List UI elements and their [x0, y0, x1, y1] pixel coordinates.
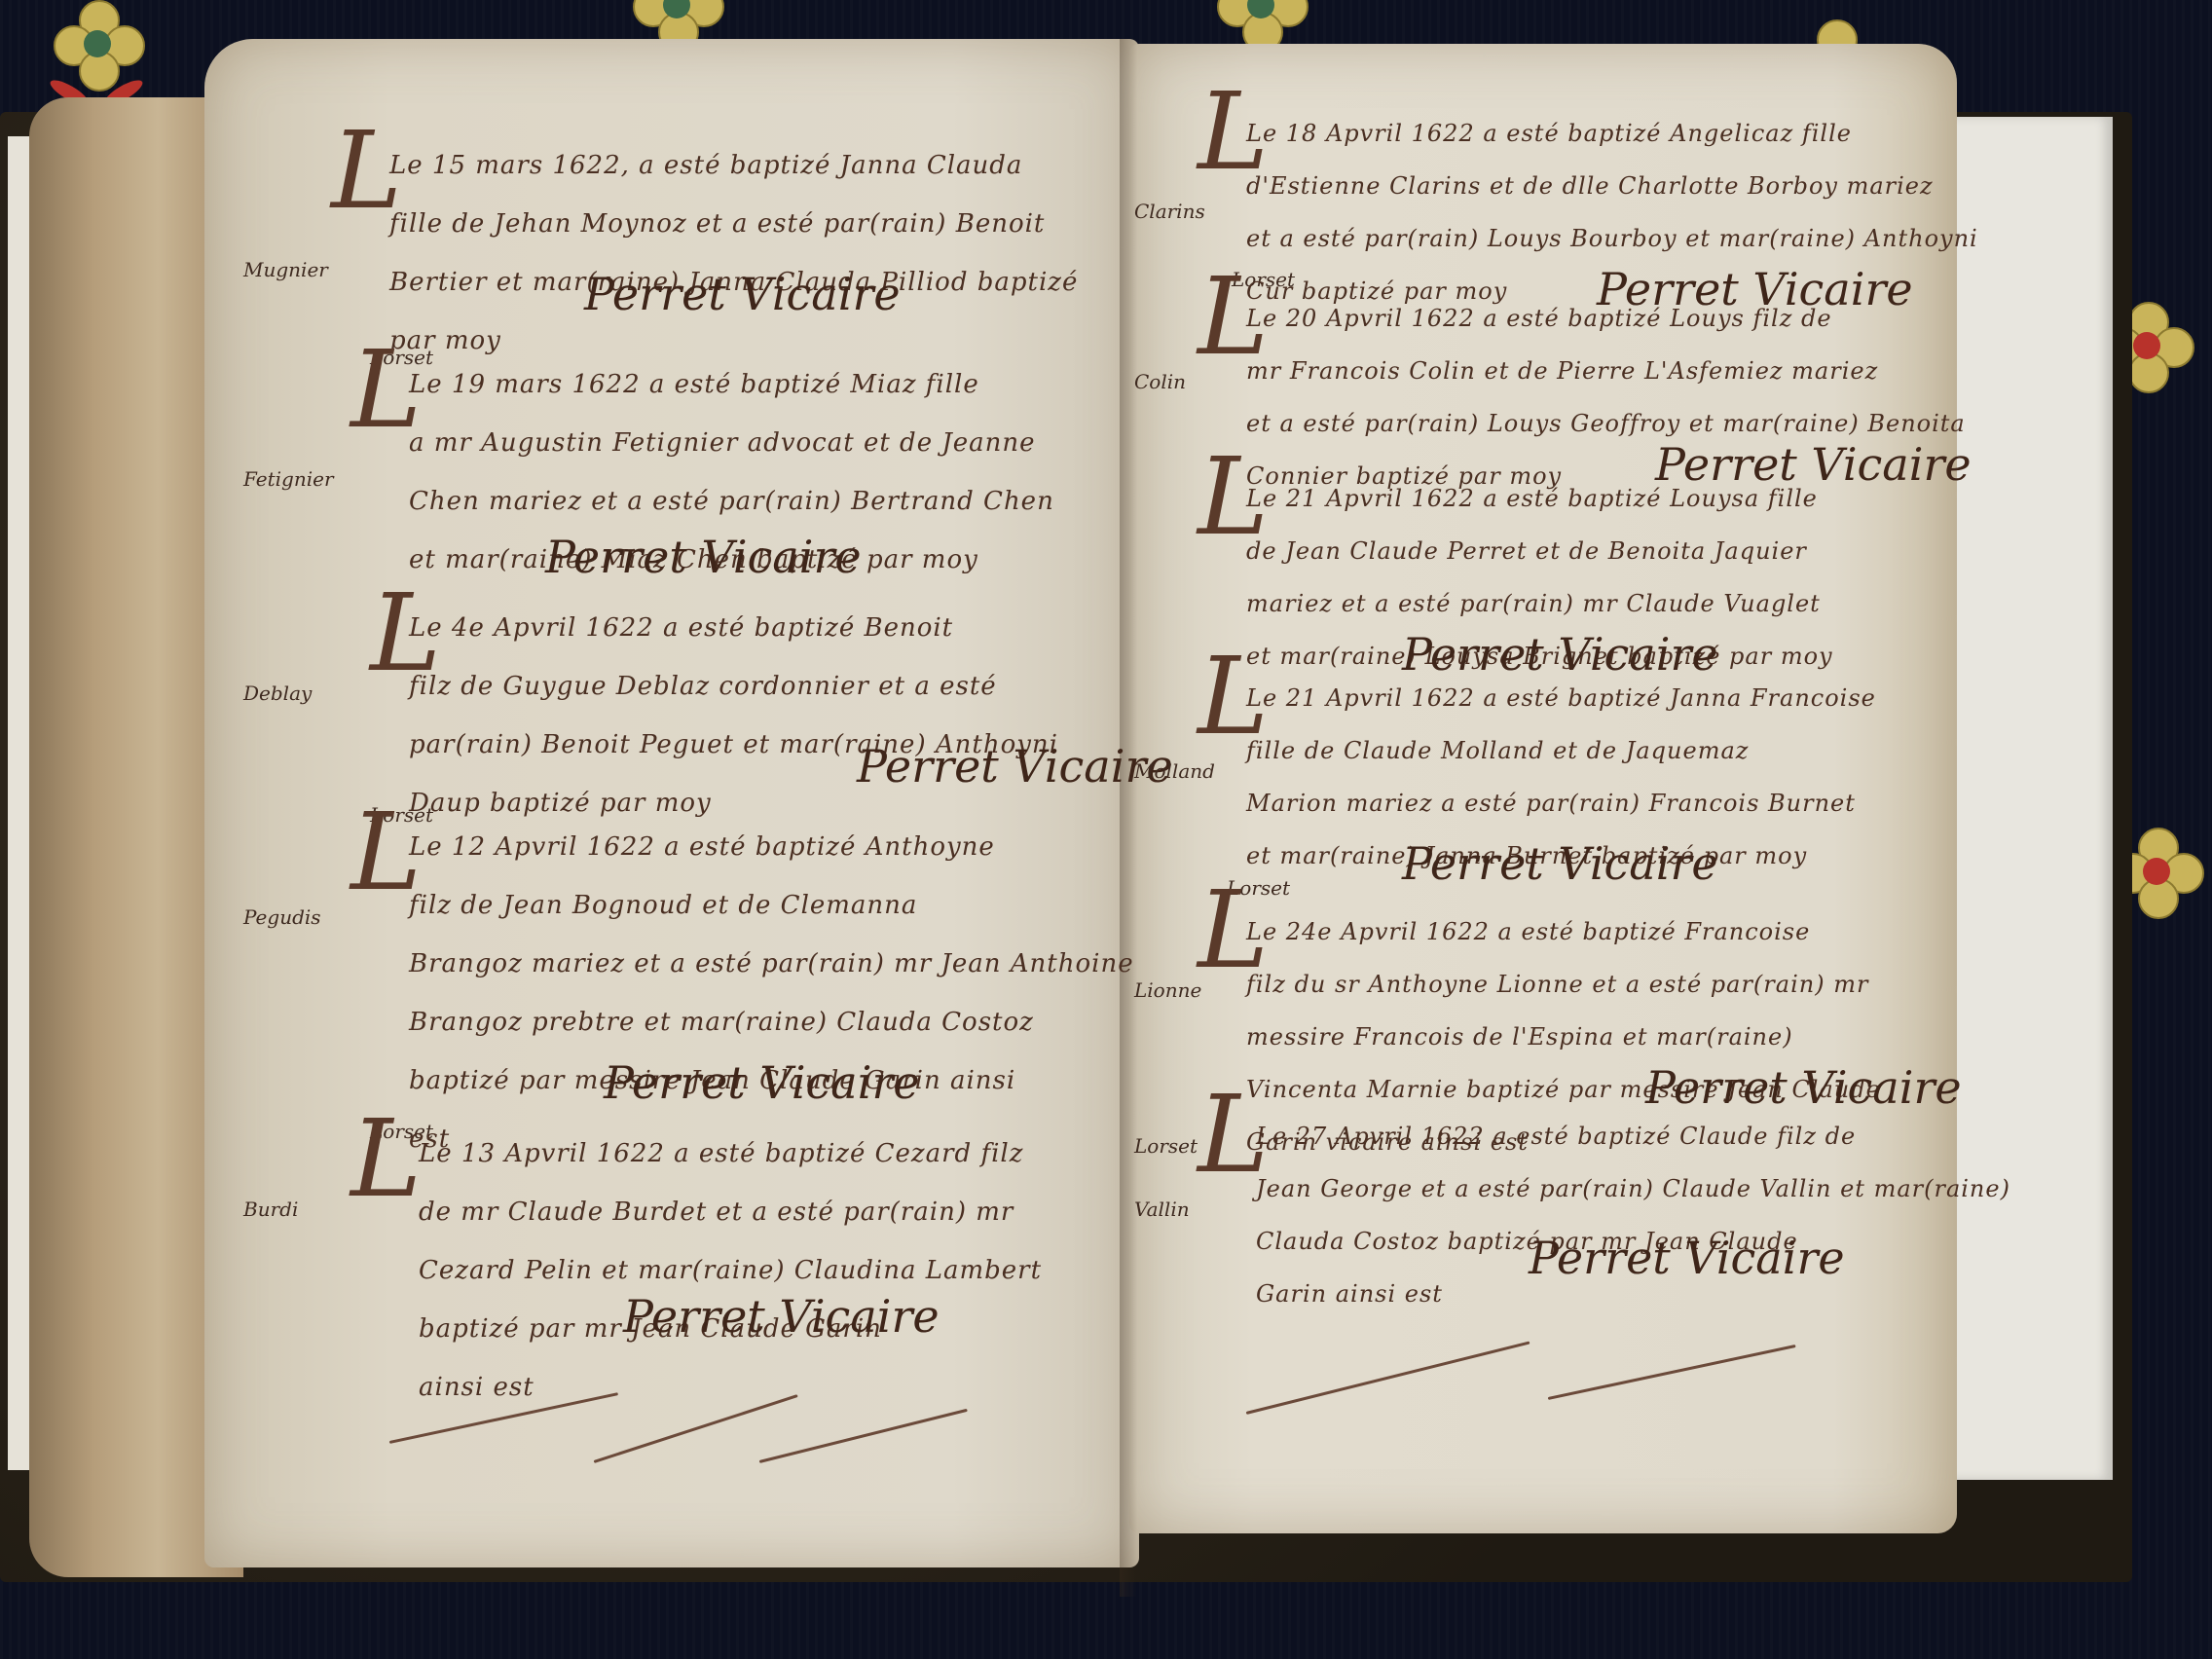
vicar-signature: Perret Vicaire	[545, 531, 862, 583]
baptism-entry: L Le 15 mars 1622, a esté baptizé Janna …	[389, 136, 1078, 370]
vicar-signature: Perret Vicaire	[1645, 1061, 1962, 1114]
entry-line: Chen mariez et a esté par(rain) Bertrand…	[409, 472, 1054, 531]
vicar-signature: Perret Vicaire	[857, 740, 1173, 793]
vicar-signature: Perret Vicaire	[1529, 1232, 1845, 1284]
entry-line: ainsi est	[419, 1358, 1042, 1417]
margin-note: Molland	[1134, 759, 1215, 783]
entry-line: Le 13 Apvril 1622 a esté baptizé Cezard …	[419, 1124, 1042, 1183]
entry-line: Le 15 mars 1622, a esté baptizé Janna Cl…	[389, 136, 1078, 195]
vicar-signature: Perret Vicaire	[1402, 837, 1718, 890]
entry-line: Le 12 Apvril 1622 a esté baptizé Anthoyn…	[409, 818, 1134, 876]
entry-line: mariez et a esté par(rain) mr Claude Vua…	[1246, 577, 1833, 630]
entry-line: Le 21 Apvril 1622 a esté baptizé Janna F…	[1246, 672, 1876, 724]
embroidered-flower-decoration	[1217, 0, 1305, 49]
entry-line: Jean George et a esté par(rain) Claude V…	[1256, 1162, 2010, 1215]
entry-line: Brangoz prebtre et mar(raine) Clauda Cos…	[409, 993, 1134, 1051]
margin-note: Deblay	[243, 682, 312, 705]
margin-note: Burdi	[243, 1198, 298, 1221]
entry-line: Le 4e Apvril 1622 a esté baptizé Benoit	[409, 599, 1058, 657]
margin-note: Fetignier	[243, 467, 334, 491]
baptism-entry: L Le 27 Apvril 1622 a esté baptizé Claud…	[1256, 1110, 2010, 1320]
entry-line: filz de Guygue Deblaz cordonnier et a es…	[409, 657, 1058, 716]
entry-line: Le 18 Apvril 1622 a esté baptizé Angelic…	[1246, 107, 1978, 160]
side-mark: Lorset	[1134, 1134, 1198, 1158]
entry-line: mr Francois Colin et de Pierre L'Asfemie…	[1246, 345, 1966, 397]
baptism-entry: L Le 4e Apvril 1622 a esté baptizé Benoi…	[409, 599, 1058, 832]
margin-note: Vallin	[1134, 1198, 1190, 1221]
entry-line: fille de Claude Molland et de Jaquemaz	[1246, 724, 1876, 777]
vicar-signature: Perret Vicaire	[604, 1056, 920, 1109]
entry-line: Le 20 Apvril 1622 a esté baptizé Louys f…	[1246, 292, 1966, 345]
entry-line: d'Estienne Clarins et de dlle Charlotte …	[1246, 160, 1978, 212]
entry-line: Le 21 Apvril 1622 a esté baptizé Louysa …	[1246, 472, 1833, 525]
entry-line: messire Francois de l'Espina et mar(rain…	[1246, 1011, 1881, 1063]
baptism-entry: L Le 12 Apvril 1622 a esté baptizé Antho…	[409, 818, 1134, 1168]
entry-line: filz du sr Anthoyne Lionne et a esté par…	[1246, 958, 1881, 1011]
entry-line: Le 24e Apvril 1622 a esté baptizé Franco…	[1246, 905, 1881, 958]
entry-line: filz de Jean Bognoud et de Clemanna	[409, 876, 1134, 935]
entry-line: Brangoz mariez et a esté par(rain) mr Je…	[409, 935, 1134, 993]
entry-line: fille de Jehan Moynoz et a esté par(rain…	[389, 195, 1078, 253]
baptism-entry: L Le 13 Apvril 1622 a esté baptizé Cezar…	[419, 1124, 1042, 1417]
entry-line: Le 27 Apvril 1622 a esté baptizé Claude …	[1256, 1110, 2010, 1162]
entry-line: de Jean Claude Perret et de Benoita Jaqu…	[1246, 525, 1833, 577]
vicar-signature: Perret Vicaire	[623, 1290, 940, 1343]
margin-note: Lionne	[1134, 978, 1201, 1002]
margin-note: Pegudis	[243, 905, 321, 929]
vicar-signature: Perret Vicaire	[584, 268, 901, 320]
margin-note: Colin	[1134, 370, 1186, 393]
embroidered-flower-decoration	[54, 0, 141, 88]
margin-note: Mugnier	[243, 258, 328, 281]
entry-line: et a esté par(rain) Louys Bourboy et mar…	[1246, 212, 1978, 265]
entry-line: Le 19 mars 1622 a esté baptizé Miaz fill…	[409, 355, 1054, 414]
margin-note: Clarins	[1134, 200, 1205, 223]
entry-line: de mr Claude Burdet et a esté par(rain) …	[419, 1183, 1042, 1241]
entry-line: a mr Augustin Fetignier advocat et de Je…	[409, 414, 1054, 472]
entry-line: Marion mariez a esté par(rain) Francois …	[1246, 777, 1876, 829]
